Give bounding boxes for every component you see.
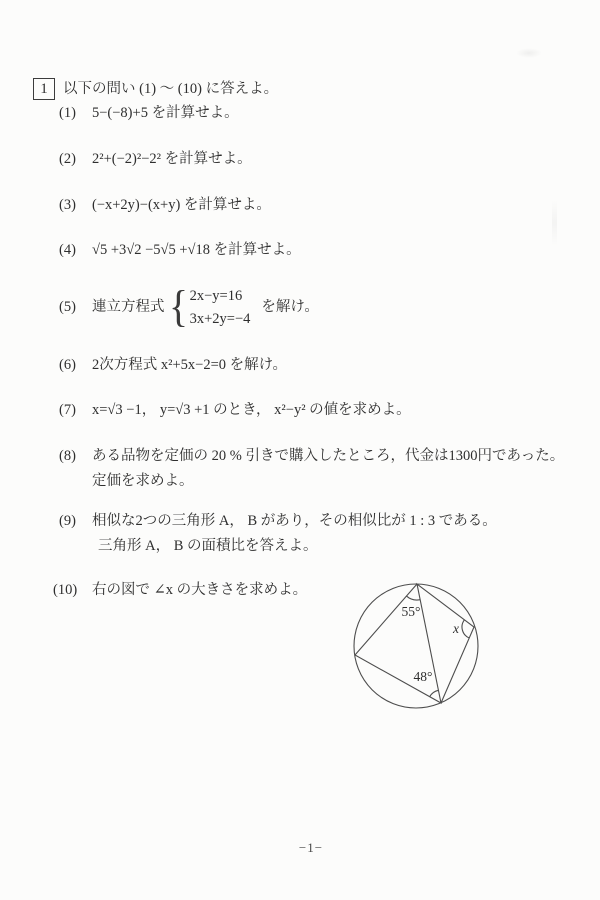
angle-arc-top (407, 596, 421, 600)
equation-1: 2x−y=16 (190, 285, 251, 307)
question-2-label: (2) (59, 149, 92, 169)
question-3-label: (3) (59, 195, 92, 215)
question-5-suffix: を解け。 (261, 297, 318, 317)
question-8-line1: (8)ある品物を定価の 20 % 引きで購入したところ，代金は1300円であった… (59, 444, 564, 469)
question-5-label: (5) (59, 297, 92, 317)
section-number: 1 (40, 81, 48, 97)
question-8-text-1: ある品物を定価の 20 % 引きで購入したところ，代金は1300円であった。 (92, 448, 564, 464)
angle-label-top: 55° (402, 604, 421, 619)
question-9-line2: 三角形 A， B の面積比を答えよ。 (98, 534, 497, 559)
question-6-text: 2次方程式 x²+5x−2=0 を解け。 (92, 357, 287, 373)
question-8: (8)ある品物を定価の 20 % 引きで購入したところ，代金は1300円であった… (59, 444, 564, 494)
angle-arc-bottom (430, 690, 439, 696)
question-9-text-1: 相似な2つの三角形 A， B があり，その相似比が 1 : 3 である。 (92, 513, 497, 529)
question-3-text: (−x+2y)−(x+y) を計算せよ。 (92, 197, 271, 213)
question-10-text: 右の図で ∠x の大きさを求めよ。 (92, 582, 307, 598)
question-3: (3)(−x+2y)−(x+y) を計算せよ。 (59, 195, 271, 215)
question-5: (5)連立方程式{2x−y=163x+2y=−4を解け。 (59, 283, 319, 331)
question-1-text: 5−(−8)+5 を計算せよ。 (92, 105, 239, 121)
question-6-label: (6) (59, 355, 92, 375)
question-7-label: (7) (59, 400, 92, 420)
page-number: −1− (0, 840, 600, 856)
question-9: (9)相似な2つの三角形 A， B があり，その相似比が 1 : 3 である。 … (59, 509, 497, 559)
question-2: (2)2²+(−2)²−2² を計算せよ。 (59, 149, 252, 169)
question-10-label: (10) (53, 580, 92, 600)
question-1-label: (1) (59, 103, 92, 123)
question-4: (4)√5 +3√2 −5√5 +√18 を計算せよ。 (59, 240, 301, 260)
scan-artifact (552, 200, 557, 246)
exam-page: 1 以下の問い (1) ～ (10) に答えよ。 (1)5−(−8)+5 を計算… (0, 0, 600, 900)
question-9-label: (9) (59, 509, 92, 534)
equation-2: 3x+2y=−4 (190, 308, 251, 330)
question-7: (7)x=√3 −1， y=√3 +1 のとき， x²−y² の値を求めよ。 (59, 400, 411, 420)
circle-figure-svg: 55° 48° x (328, 564, 488, 714)
question-8-line2: 定価を求めよ。 (92, 469, 564, 494)
angle-label-x: x (452, 621, 459, 636)
question-5-prefix: 連立方程式 (92, 297, 165, 317)
question-4-text: √5 +3√2 −5√5 +√18 を計算せよ。 (92, 242, 301, 258)
section-title: 以下の問い (1) ～ (10) に答えよ。 (63, 78, 278, 101)
angle-label-bottom: 48° (414, 669, 433, 684)
question-8-label: (8) (59, 444, 92, 469)
scan-artifact (516, 48, 542, 58)
circle-figure: 55° 48° x (328, 564, 488, 714)
question-9-line1: (9)相似な2つの三角形 A， B があり，その相似比が 1 : 3 である。 (59, 509, 497, 534)
question-1: (1)5−(−8)+5 を計算せよ。 (59, 103, 239, 123)
question-4-label: (4) (59, 240, 92, 260)
question-7-text: x=√3 −1， y=√3 +1 のとき， x²−y² の値を求めよ。 (92, 402, 411, 418)
equation-system: 2x−y=163x+2y=−4 (190, 285, 251, 330)
system-brace: { (169, 283, 188, 331)
section-header: 1 以下の問い (1) ～ (10) に答えよ。 (33, 78, 278, 101)
question-10: (10)右の図で ∠x の大きさを求めよ。 (53, 580, 307, 600)
question-6: (6)2次方程式 x²+5x−2=0 を解け。 (59, 355, 287, 375)
question-2-text: 2²+(−2)²−2² を計算せよ。 (92, 151, 252, 167)
section-number-box: 1 (33, 78, 55, 100)
